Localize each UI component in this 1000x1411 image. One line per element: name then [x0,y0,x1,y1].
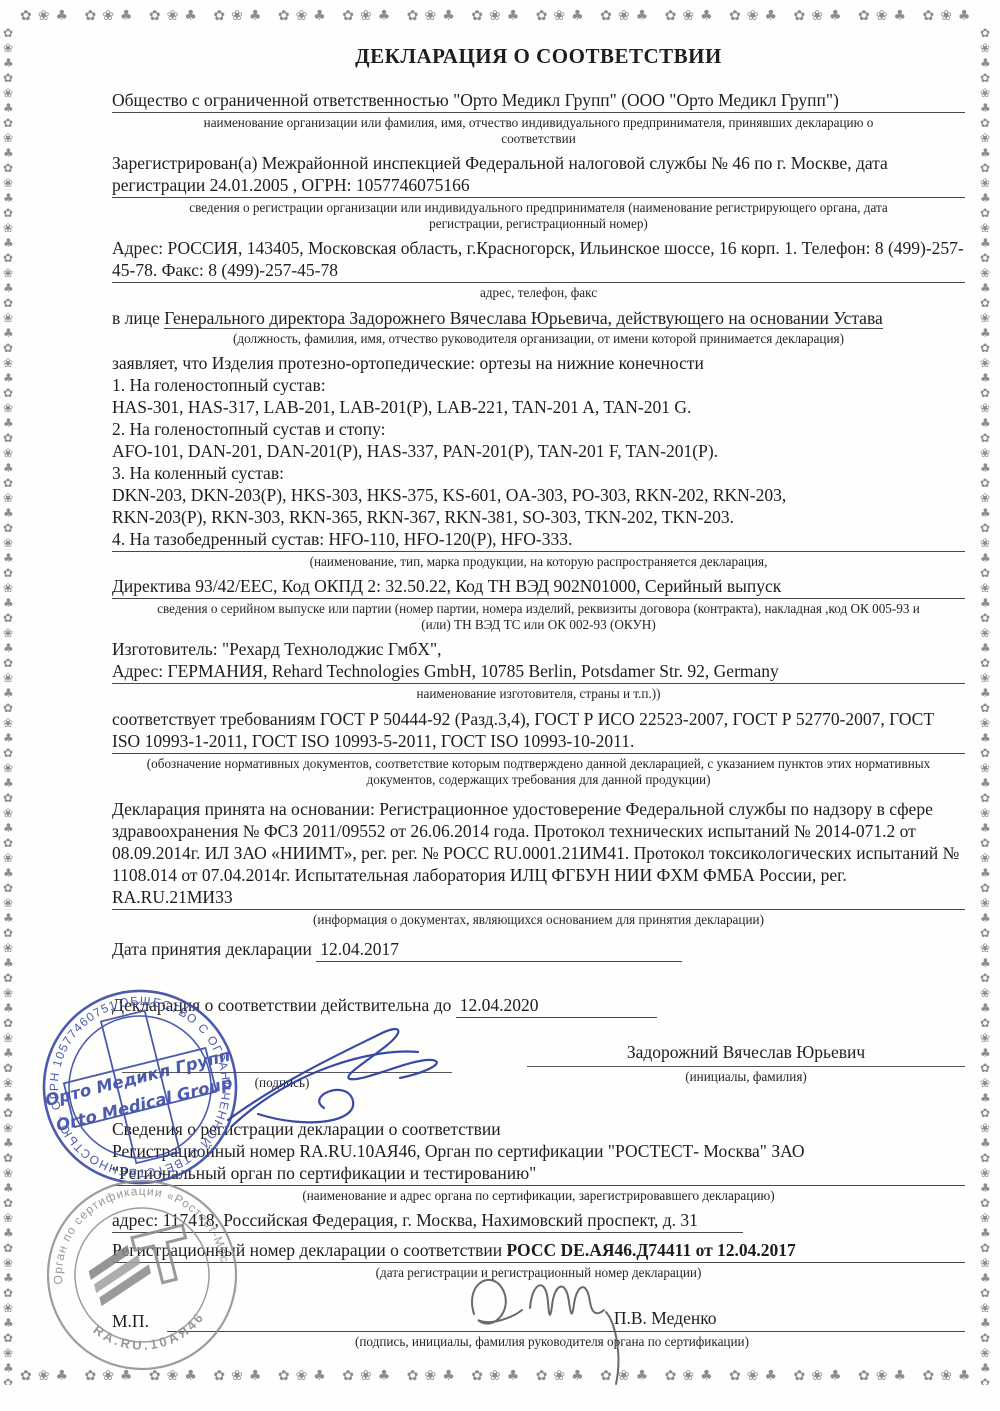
stamp-place-label: М.П. [112,1311,149,1332]
declarant-address-line: Адрес: РОССИЯ, 143405, Московская област… [112,237,965,283]
valid-until-label: Декларация о соответствии действительна … [112,995,456,1015]
declaration-number-label: Регистрационный номер декларации о соотв… [112,1240,506,1260]
representative-prefix: в лице [112,308,164,328]
product-group-3-models-b: RKN-203(P), RKN-303, RKN-365, RKN-367, R… [112,506,965,528]
representative-caption: (должность, фамилия, имя, отчество руков… [144,331,934,347]
valid-until-row: Декларация о соответствии действительна … [112,994,965,1018]
standards-line: соответствует требованиям ГОСТ Р 50444-9… [112,708,965,754]
registration-block: Сведения о регистрации декларации о соот… [112,1118,965,1355]
codes-caption: сведения о серийном выпуске или партии (… [144,601,934,633]
standards-caption: (обозначение нормативных документов, соо… [144,756,934,788]
ornament-border-top: ✿❀♣ ✿❀♣ ✿❀♣ ✿❀♣ ✿❀♣ ✿❀♣ ✿❀♣ ✿❀♣ ✿❀♣ ✿❀♣ … [20,4,980,28]
product-group-3-label: 3. На коленный сустав: [112,462,965,484]
declaration-number-line: Регистрационный номер декларации о соотв… [112,1239,965,1263]
manufacturer-name-line: Изготовитель: "Рехард Технолоджис ГмбХ", [112,638,965,660]
ornament-border-right: ✿❀♣✿❀♣✿❀♣✿❀♣✿❀♣✿❀♣✿❀♣✿❀♣✿❀♣✿❀♣✿❀♣✿❀♣✿❀♣✿… [980,26,997,1385]
page-title: ДЕКЛАРАЦИЯ О СООТВЕТСТВИИ [112,44,965,69]
representative-name: Генерального директора Задорожнего Вячес… [164,308,883,329]
director-name-area: Задорожний Вячеслав Юрьевич (инициалы, ф… [527,1042,965,1090]
ornament-border-left: ✿❀♣✿❀♣✿❀♣✿❀♣✿❀♣✿❀♣✿❀♣✿❀♣✿❀♣✿❀♣✿❀♣✿❀♣✿❀♣✿… [3,26,20,1385]
stamp-place-row: М.П. П.В. Меденко [112,1307,965,1332]
basis-paragraph: Декларация принята на основании: Регистр… [112,798,965,910]
manufacturer-caption: наименование изготовителя, страны и т.п.… [112,686,965,702]
director-name: Задорожний Вячеслав Юрьевич [527,1042,965,1067]
director-name-caption: (инициалы, фамилия) [527,1069,965,1085]
cert-head-signature-line: П.В. Меденко [167,1307,965,1332]
declarant-name-caption: наименование организации или фамилия, им… [179,115,899,147]
declaration-number-value: РОСС DE.АЯ46.Д74411 от 12.04.2017 [506,1240,795,1260]
product-group-2-label: 2. На голеностопный сустав и стопу: [112,418,965,440]
product-group-1-models: HAS-301, HAS-317, LAB-201, LAB-201(P), L… [112,396,965,418]
declarant-registration-caption: сведения о регистрации организации или и… [154,200,924,232]
adoption-date-label: Дата принятия декларации [112,939,316,959]
product-group-2-models: AFO-101, DAN-201, DAN-201(P), HAS-337, P… [112,440,965,462]
director-signature-area: (подпись) [112,1042,452,1096]
adoption-date-value: 12.04.2017 [316,938,682,962]
product-group-3-models-a: DKN-203, DKN-203(P), HKS-303, HKS-375, K… [112,484,965,506]
signature-row: (подпись) Задорожний Вячеслав Юрьевич (и… [112,1042,965,1096]
cert-head-name: П.В. Меденко [614,1308,717,1329]
declaration-statement: заявляет, что Изделия протезно-ортопедич… [112,352,965,374]
valid-until-value: 12.04.2020 [456,994,657,1018]
basis-caption: (информация о документах, являющихся осн… [112,912,965,928]
declaration-document-page: { "border": { "unit_h": "✿❀♣ ", "unit_v"… [0,0,1000,1411]
certification-body-line: "Региональный орган по сертификации и те… [112,1162,965,1186]
declarant-name-line: Общество с ограниченной ответственностью… [112,89,965,113]
signature-line [122,1072,452,1073]
document-body: ДЕКЛАРАЦИЯ О СООТВЕТСТВИИ Общество с огр… [112,44,965,933]
declaration-number-caption: (дата регистрации и регистрационный номе… [112,1265,965,1281]
certification-body-address: адрес: 117418, Российская Федерация, г. … [112,1209,965,1233]
adoption-date-row: Дата принятия декларации 12.04.2017 [112,938,965,962]
representative-line: в лице Генерального директора Задорожнег… [112,307,965,329]
product-group-4-line: 4. На тазобедренный сустав: HFO-110, HFO… [112,528,965,552]
declarant-registration-line: Зарегистрирован(а) Межрайонной инспекцие… [112,152,965,198]
certification-body-address-text: адрес: 117418, Российская Федерация, г. … [112,1209,743,1233]
cert-head-caption: (подпись, инициалы, фамилия руководителя… [272,1334,832,1350]
certification-body-caption: (наименование и адрес органа по сертифик… [144,1188,934,1204]
signature-caption: (подпись) [112,1075,452,1091]
codes-line: Директива 93/42/ЕЕС, Код ОКПД 2: 32.50.2… [112,575,965,599]
declarant-address-caption: адрес, телефон, факс [112,285,965,301]
registration-number-line: Регистрационный номер RA.RU.10АЯ46, Орга… [112,1140,965,1162]
registration-heading: Сведения о регистрации декларации о соот… [112,1118,965,1140]
ornament-border-bottom: ✿❀♣ ✿❀♣ ✿❀♣ ✿❀♣ ✿❀♣ ✿❀♣ ✿❀♣ ✿❀♣ ✿❀♣ ✿❀♣ … [20,1364,980,1388]
product-caption: (наименование, тип, марка продукции, на … [112,554,965,570]
product-group-1-label: 1. На голеностопный сустав: [112,374,965,396]
manufacturer-address-line: Адрес: ГЕРМАНИЯ, Rehard Technologies Gmb… [112,660,965,684]
